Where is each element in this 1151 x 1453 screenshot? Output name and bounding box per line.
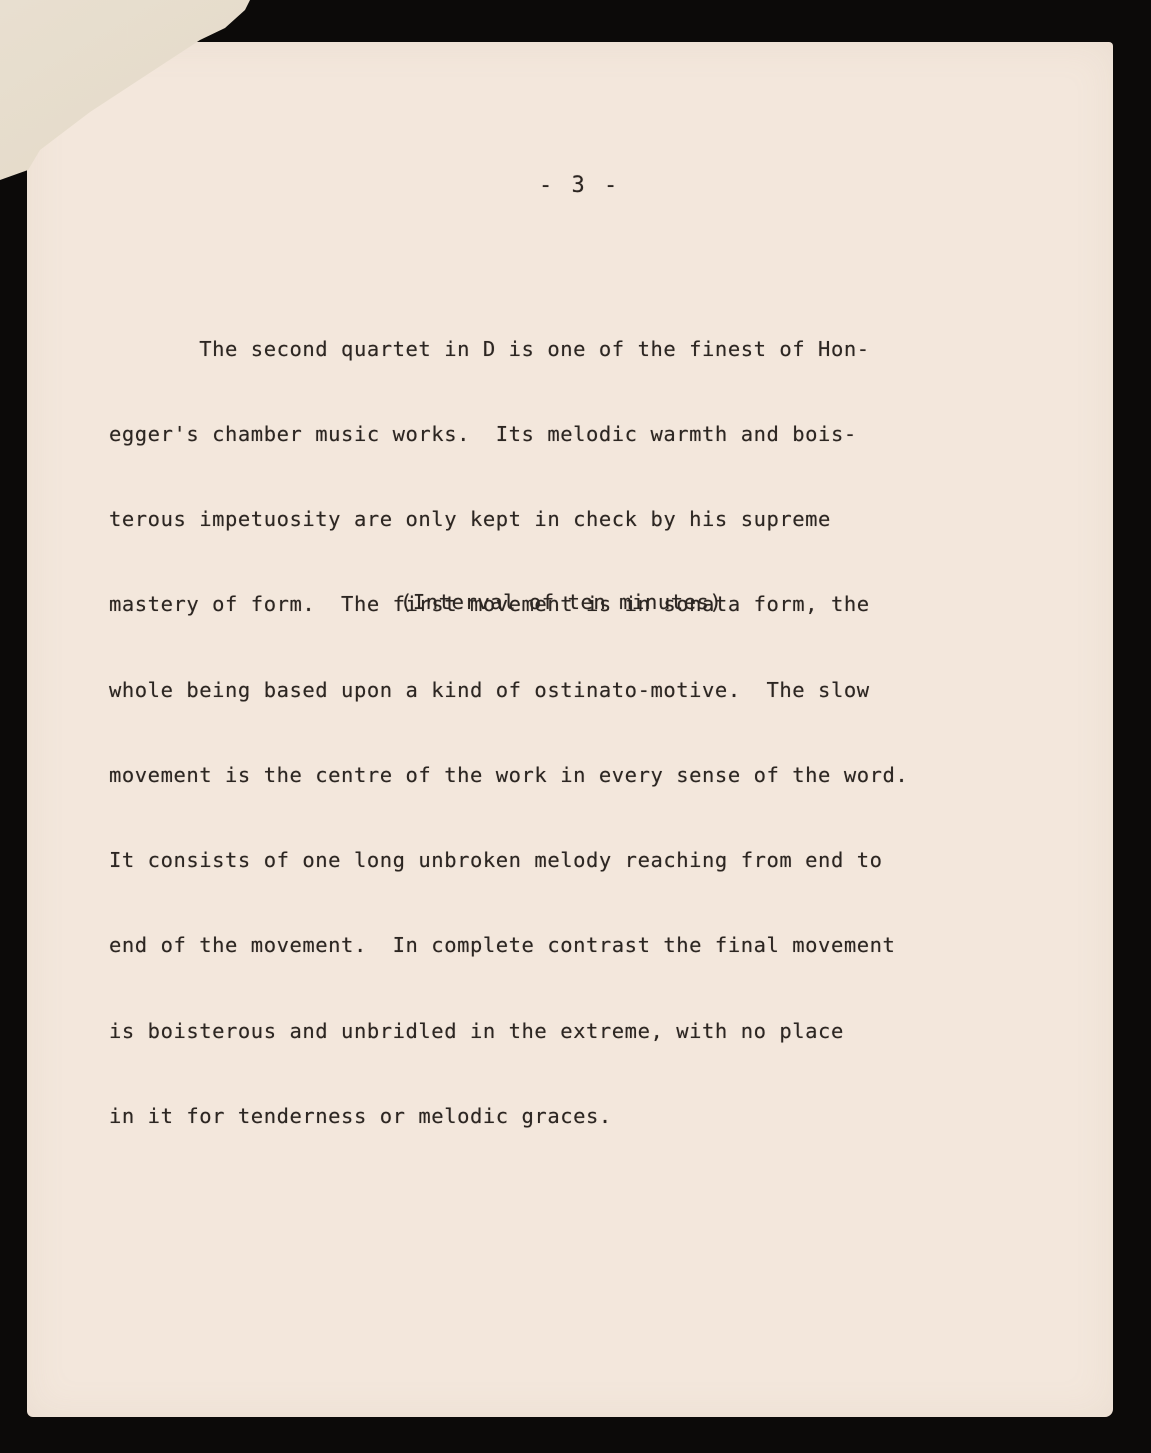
paragraph-line: terous impetuosity are only kept in chec…	[109, 505, 908, 533]
paragraph-line: The second quartet in D is one of the fi…	[109, 335, 908, 363]
paragraph-line: It consists of one long unbroken melody …	[109, 846, 908, 874]
paragraph-line: movement is the centre of the work in ev…	[109, 761, 908, 789]
interval-note: (Interval of ten minutes)	[400, 590, 722, 614]
document-page: - 3 - The second quartet in D is one of …	[27, 42, 1113, 1417]
paragraph-line: whole being based upon a kind of ostinat…	[109, 676, 908, 704]
program-note-paragraph: The second quartet in D is one of the fi…	[109, 278, 908, 1187]
page-number: - 3 -	[539, 173, 620, 198]
paragraph-line: end of the movement. In complete contras…	[109, 931, 908, 959]
paragraph-line: is boisterous and unbridled in the extre…	[109, 1017, 908, 1045]
paragraph-line: in it for tenderness or melodic graces.	[109, 1102, 908, 1130]
paragraph-line: egger's chamber music works. Its melodic…	[109, 420, 908, 448]
